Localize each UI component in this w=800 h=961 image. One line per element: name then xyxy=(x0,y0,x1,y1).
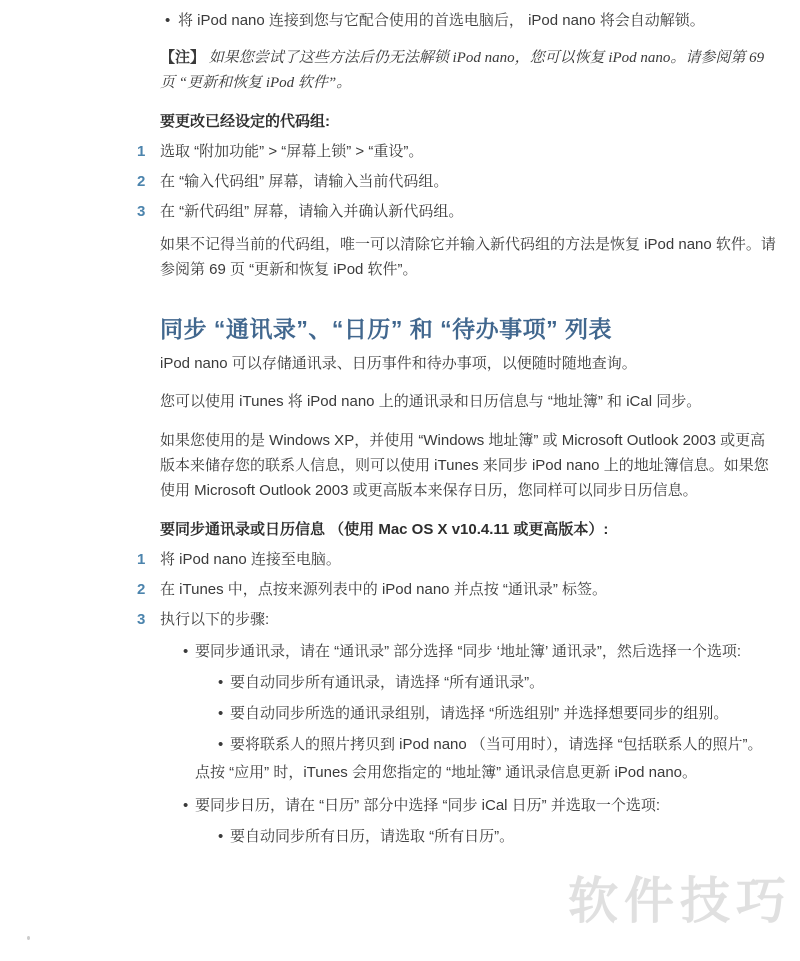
contacts-option-text: 要将联系人的照片拷贝到 iPod nano （当可用时），请选择 “包括联系人的… xyxy=(230,736,763,753)
contacts-bullet-item: • 要同步通讯录，请在 “通讯录” 部分选择 “同步 ‘地址簿’ 通讯录”，然后… xyxy=(160,640,778,665)
note-paragraph: 【注】 如果您尝试了这些方法后仍无法解锁 iPod nano，您可以恢复 iPo… xyxy=(160,46,778,96)
page-content: • 将 iPod nano 连接到您与它配合使用的首选电脑后， iPod nan… xyxy=(160,5,778,850)
sync-step-1: 1 将 iPod nano 连接至电脑。 xyxy=(160,548,778,573)
step-text: 在 “新代码组” 屏幕，请输入并确认新代码组。 xyxy=(160,203,463,220)
bullet-icon: • xyxy=(218,702,223,727)
bullet-icon: • xyxy=(218,733,223,758)
step-text: 将 iPod nano 连接至电脑。 xyxy=(160,551,341,568)
contacts-option-1: • 要自动同步所有通讯录，请选择 “所有通讯录”。 xyxy=(160,671,778,696)
note-label: 【注】 xyxy=(160,50,205,66)
contacts-option-text: 要自动同步所选的通讯录组别，请选择 “所选组别” 并选择想要同步的组别。 xyxy=(230,705,728,722)
calendar-bullet-item: • 要同步日历，请在 “日历” 部分中选择 “同步 iCal 日历” 并选取一个… xyxy=(160,794,778,819)
step-number: 1 xyxy=(137,548,145,573)
change-code-step-1: 1 选取 “附加功能” > “屏幕上锁” > “重设”。 xyxy=(160,140,778,165)
note-text: 如果您尝试了这些方法后仍无法解锁 iPod nano，您可以恢复 iPod na… xyxy=(160,50,764,91)
step-text: 在 iTunes 中，点按来源列表中的 iPod nano 并点按 “通讯录” … xyxy=(160,581,607,598)
sync-paragraph-2: 您可以使用 iTunes 将 iPod nano 上的通讯录和日历信息与 “地址… xyxy=(160,390,778,415)
bullet-icon: • xyxy=(183,794,188,819)
sync-step-3: 3 执行以下的步骤: xyxy=(160,608,778,633)
contacts-option-2: • 要自动同步所选的通讯录组别，请选择 “所选组别” 并选择想要同步的组别。 xyxy=(160,702,778,727)
bullet-icon: • xyxy=(183,640,188,665)
step-text: 选取 “附加功能” > “屏幕上锁” > “重设”。 xyxy=(160,143,423,160)
step-number: 3 xyxy=(137,200,145,225)
step-number: 3 xyxy=(137,608,145,633)
manual-page: • 将 iPod nano 连接到您与它配合使用的首选电脑后， iPod nan… xyxy=(0,0,800,961)
watermark: 软件技巧 xyxy=(568,861,792,933)
scan-artifact-dot xyxy=(27,936,30,940)
bullet-icon: • xyxy=(218,671,223,696)
step-number: 2 xyxy=(137,170,145,195)
bullet-icon: • xyxy=(218,825,223,850)
step-number: 1 xyxy=(137,140,145,165)
sync-procedure-heading: 要同步通讯录或日历信息 （使用 Mac OS X v10.4.11 或更高版本）… xyxy=(160,518,778,543)
sync-paragraph-1: iPod nano 可以存储通讯录、日历事件和待办事项，以便随时随地查询。 xyxy=(160,352,778,377)
calendar-option-text: 要自动同步所有日历，请选取 “所有日历”。 xyxy=(230,828,514,845)
change-code-followup: 如果不记得当前的代码组，唯一可以清除它并输入新代码组的方法是恢复 iPod na… xyxy=(160,233,778,283)
calendar-bullet-text: 要同步日历，请在 “日历” 部分中选择 “同步 iCal 日历” 并选取一个选项… xyxy=(195,797,660,814)
step-text: 在 “输入代码组” 屏幕，请输入当前代码组。 xyxy=(160,173,448,190)
sync-section-heading: 同步 “通讯录”、“日历” 和 “待办事项” 列表 xyxy=(160,315,778,345)
change-code-step-3: 3 在 “新代码组” 屏幕，请输入并确认新代码组。 xyxy=(160,200,778,225)
contacts-bullet-text: 要同步通讯录，请在 “通讯录” 部分选择 “同步 ‘地址簿’ 通讯录”，然后选择… xyxy=(195,643,741,660)
step-number: 2 xyxy=(137,578,145,603)
step-text: 执行以下的步骤: xyxy=(160,611,269,628)
sync-step-2: 2 在 iTunes 中，点按来源列表中的 iPod nano 并点按 “通讯录… xyxy=(160,578,778,603)
bullet-icon: • xyxy=(165,9,170,34)
change-code-step-2: 2 在 “输入代码组” 屏幕，请输入当前代码组。 xyxy=(160,170,778,195)
change-code-heading: 要更改已经设定的代码组: xyxy=(160,110,778,135)
unlock-bullet-item: • 将 iPod nano 连接到您与它配合使用的首选电脑后， iPod nan… xyxy=(160,9,778,34)
contacts-option-text: 要自动同步所有通讯录，请选择 “所有通讯录”。 xyxy=(230,674,544,691)
contacts-option-3: • 要将联系人的照片拷贝到 iPod nano （当可用时），请选择 “包括联系… xyxy=(160,733,778,758)
sync-paragraph-3: 如果您使用的是 Windows XP，并使用 “Windows 地址簿” 或 M… xyxy=(160,429,778,503)
calendar-option-1: • 要自动同步所有日历，请选取 “所有日历”。 xyxy=(160,825,778,850)
unlock-bullet-text: 将 iPod nano 连接到您与它配合使用的首选电脑后， iPod nano … xyxy=(178,12,705,29)
apply-note: 点按 “应用” 时，iTunes 会用您指定的 “地址簿” 通讯录信息更新 iP… xyxy=(160,761,778,786)
